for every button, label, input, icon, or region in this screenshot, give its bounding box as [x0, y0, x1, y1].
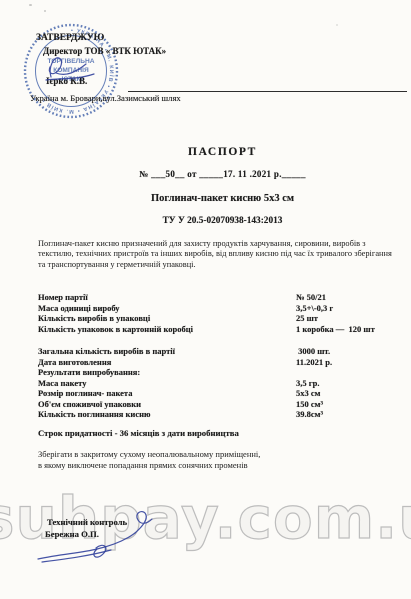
spec-label: Дата виготовлення [38, 357, 296, 368]
spec-row: Результати випробування: [38, 367, 394, 378]
spec-value: 1 коробка — 120 шт [296, 324, 394, 335]
spec-row: Об'єм споживчої упаковки 150 см³ [38, 399, 394, 410]
spec-row: Розмір поглинач- пакета 5х3 см [38, 388, 394, 399]
approve-label: ЗАТВЕРДЖУЮ [36, 33, 104, 43]
spec-row: Маса одиниці виробу 3,5+\-0,3 г [38, 303, 394, 314]
storage-line-2: в якому виключене попадання прямих соняч… [38, 460, 260, 471]
spec-row: Загальна кількість виробів в партії 3000… [38, 346, 394, 357]
spec-row: Кількість упаковок в картонній коробці 1… [38, 324, 394, 335]
spec-row: Дата виготовлення 11.2021 р. [38, 357, 394, 368]
shelf-life-line: Строк придатності - 36 місяців з дати ви… [38, 428, 239, 438]
header-rule [128, 91, 407, 92]
spec-value: 3,5+\-0,3 г [296, 303, 394, 314]
spec-label: Маса одиниці виробу [38, 303, 296, 314]
spec-value: 3,5 гр. [296, 378, 394, 389]
document-number-line: № ___50__ от _____17. 11 .2021 р._____ [34, 169, 411, 179]
spec-label: Результати випробування: [38, 367, 296, 378]
spec-label: Об'єм споживчої упаковки [38, 399, 296, 410]
spec-value: 25 шт [296, 313, 394, 324]
product-description: Поглинач-пакет кисню призначений для зах… [38, 239, 392, 270]
controller-signature [33, 506, 163, 568]
spec-row: Номер партії № 50/21 [38, 292, 394, 303]
storage-line-1: Зберігати в закритому сухому неопалюваль… [38, 449, 260, 460]
spec-label: Кількість виробів в упаковці [38, 313, 296, 324]
director-signature [42, 52, 100, 84]
spec-row: Кількість поглинання кисню 39.8см³ [38, 409, 394, 420]
spec-label: Розмір поглинач- пакета [38, 388, 296, 399]
scan-speck [44, 10, 46, 12]
spec-label: Номер партії [38, 292, 296, 303]
spec-label: Кількість поглинання кисню [38, 409, 296, 420]
spec-value: 39.8см³ [296, 409, 394, 420]
spec-value: 3000 шт. [296, 346, 394, 357]
spec-row: Кількість виробів в упаковці 25 шт [38, 313, 394, 324]
spec-label: Маса пакету [38, 378, 296, 389]
storage-conditions: Зберігати в закритому сухому неопалюваль… [38, 449, 260, 470]
spec-value: 150 см³ [296, 399, 394, 410]
spec-value: 5х3 см [296, 388, 394, 399]
product-name: Поглинач-пакет кисню 5х3 см [34, 193, 411, 204]
spec-value: № 50/21 [296, 292, 394, 303]
document-type-title: ПАСПОРТ [34, 146, 411, 158]
spec-label: Загальна кількість виробів в партії [38, 346, 296, 357]
spec-row: Маса пакету 3,5 гр. [38, 378, 394, 389]
spec-value [296, 367, 394, 378]
scan-speck [336, 24, 338, 26]
specs-table: Номер партії № 50/21 Маса одиниці виробу… [38, 292, 394, 420]
spec-label: Кількість упаковок в картонній коробці [38, 324, 296, 335]
spec-value: 11.2021 р. [296, 357, 394, 368]
company-address: Україна м. Бровари,вул.Зазимський шлях [30, 93, 181, 103]
standard-reference: ТУ У 20.5-02070938-143:2013 [34, 216, 411, 226]
scanned-passport-document: suhpay.com.ua • УКРАЇНА • М. КИЇВ • УКРА… [0, 0, 411, 599]
scan-speck [29, 4, 32, 6]
